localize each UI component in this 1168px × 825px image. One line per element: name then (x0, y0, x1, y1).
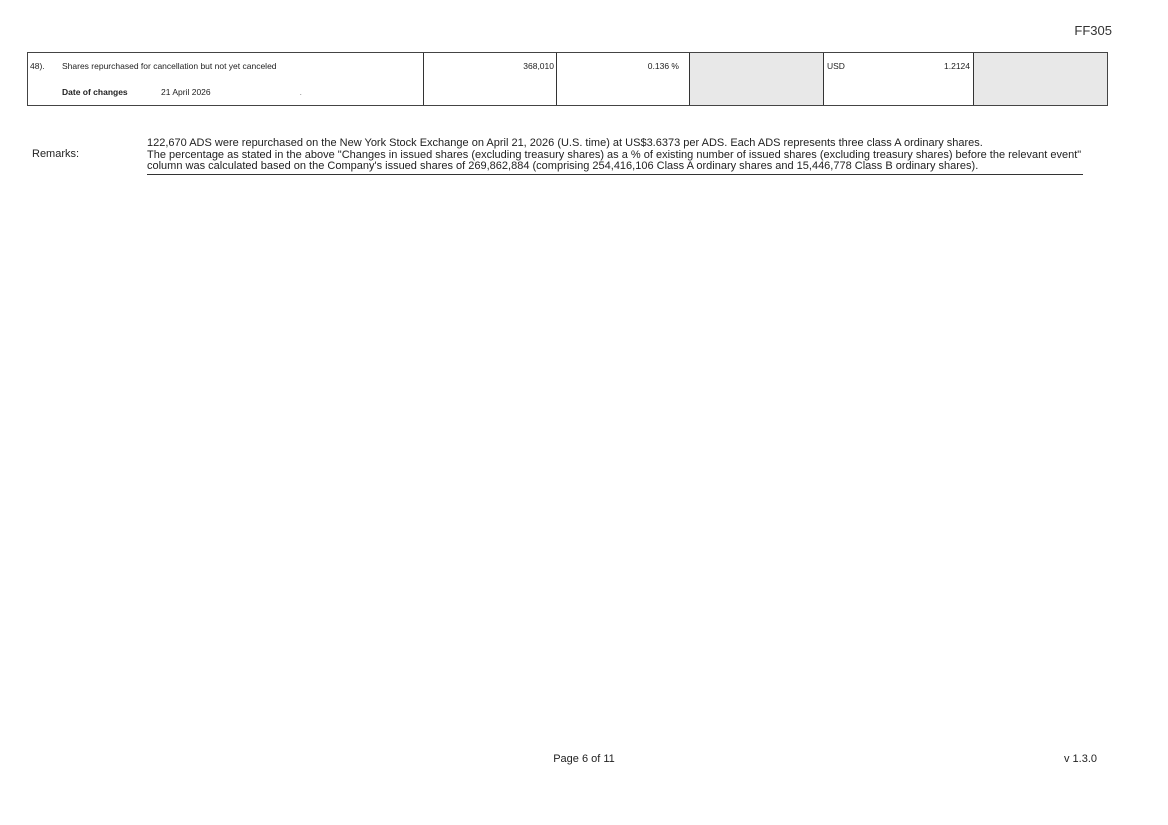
remarks-paragraph: 122,670 ADS were repurchased on the New … (147, 138, 1083, 150)
date-of-changes-label: Date of changes (62, 87, 128, 97)
number-of-shares: 368,010 (523, 61, 554, 71)
form-code: FF305 (1074, 23, 1112, 38)
price-cell: USD 1.2124 (824, 53, 974, 105)
item-description: Shares repurchased for cancellation but … (62, 61, 277, 71)
price-value: 1.2124 (944, 61, 970, 71)
remarks-paragraph: The percentage as stated in the above "C… (147, 150, 1083, 173)
empty-grey-cell (690, 53, 824, 105)
item-number: 48). (30, 61, 45, 71)
dot-mark: . (300, 91, 302, 97)
percentage-value: 0.136 % (648, 61, 679, 71)
currency: USD (827, 61, 845, 71)
remarks-label: Remarks: (32, 148, 79, 160)
description-cell: 48). Shares repurchased for cancellation… (28, 53, 424, 105)
date-of-changes-value: 21 April 2026 (161, 87, 211, 97)
number-of-shares-cell: 368,010 (424, 53, 557, 105)
version-label: v 1.3.0 (1064, 753, 1097, 765)
shares-change-table: 48). Shares repurchased for cancellation… (27, 52, 1108, 106)
remarks-text: 122,670 ADS were repurchased on the New … (147, 138, 1083, 175)
percentage-cell: 0.136 % (557, 53, 690, 105)
page-number: Page 6 of 11 (0, 753, 1168, 765)
empty-grey-cell-2 (974, 53, 1107, 105)
